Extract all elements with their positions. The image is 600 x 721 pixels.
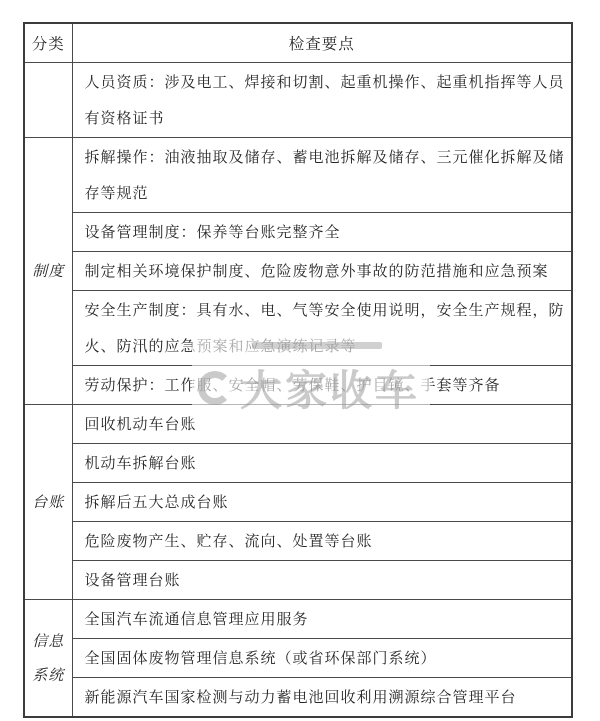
checkpoint-cell: 危险废物产生、贮存、流向、处置等台账: [72, 522, 572, 561]
table-row: 安全生产制度：具有水、电、气等安全使用说明，安全生产规程，防火、防汛的应急预案和…: [24, 291, 572, 366]
inspection-points-table: 分类 检查要点 人员资质：涉及电工、焊接和切割、起重机操作、起重机指挥等人员有资…: [23, 22, 573, 718]
table-row: 全国固体废物管理信息系统（或省环保部门系统）: [24, 639, 572, 678]
checkpoint-cell: 拆解后五大总成台账: [72, 483, 572, 522]
header-row: 分类 检查要点: [24, 23, 572, 63]
category-cell-taizhang: 台账: [24, 405, 72, 600]
table-row: 劳动保护：工作服、安全帽、劳保鞋、护目镜、手套等齐备: [24, 366, 572, 405]
col-header-checkpoints: 检查要点: [72, 23, 572, 63]
inspection-table-container: 分类 检查要点 人员资质：涉及电工、焊接和切割、起重机操作、起重机指挥等人员有资…: [23, 22, 573, 718]
checkpoint-cell: 全国固体废物管理信息系统（或省环保部门系统）: [72, 639, 572, 678]
table-row: 拆解后五大总成台账: [24, 483, 572, 522]
checkpoint-cell: 全国汽车流通信息管理应用服务: [72, 600, 572, 639]
category-cell-zhidu: 制度: [24, 138, 72, 405]
table-row: 设备管理制度：保养等台账完整齐全: [24, 213, 572, 252]
checkpoint-cell: 设备管理台账: [72, 561, 572, 600]
table-row: 危险废物产生、贮存、流向、处置等台账: [24, 522, 572, 561]
table-row: 人员资质：涉及电工、焊接和切割、起重机操作、起重机指挥等人员有资格证书: [24, 63, 572, 138]
checkpoint-cell: 人员资质：涉及电工、焊接和切割、起重机操作、起重机指挥等人员有资格证书: [72, 63, 572, 138]
table-row: 制定相关环境保护制度、危险废物意外事故的防范措施和应急预案: [24, 252, 572, 291]
checkpoint-cell: 机动车拆解台账: [72, 444, 572, 483]
checkpoint-cell: 新能源汽车国家检测与动力蓄电池回收利用溯源综合管理平台: [72, 678, 572, 718]
table-row: 台账 回收机动车台账: [24, 405, 572, 444]
checkpoint-cell: 制定相关环境保护制度、危险废物意外事故的防范措施和应急预案: [72, 252, 572, 291]
category-cell-empty: [24, 63, 72, 138]
table-row: 设备管理台账: [24, 561, 572, 600]
checkpoint-cell: 安全生产制度：具有水、电、气等安全使用说明，安全生产规程，防火、防汛的应急预案和…: [72, 291, 572, 366]
checkpoint-cell: 拆解操作：油液抽取及储存、蓄电池拆解及储存、三元催化拆解及储存等规范: [72, 138, 572, 213]
table-row: 信息系统 全国汽车流通信息管理应用服务: [24, 600, 572, 639]
table-row: 制度 拆解操作：油液抽取及储存、蓄电池拆解及储存、三元催化拆解及储存等规范: [24, 138, 572, 213]
table-row: 机动车拆解台账: [24, 444, 572, 483]
col-header-category: 分类: [24, 23, 72, 63]
checkpoint-cell: 回收机动车台账: [72, 405, 572, 444]
table-row: 新能源汽车国家检测与动力蓄电池回收利用溯源综合管理平台: [24, 678, 572, 718]
checkpoint-cell: 劳动保护：工作服、安全帽、劳保鞋、护目镜、手套等齐备: [72, 366, 572, 405]
checkpoint-cell: 设备管理制度：保养等台账完整齐全: [72, 213, 572, 252]
category-cell-xinxixitong: 信息系统: [24, 600, 72, 718]
